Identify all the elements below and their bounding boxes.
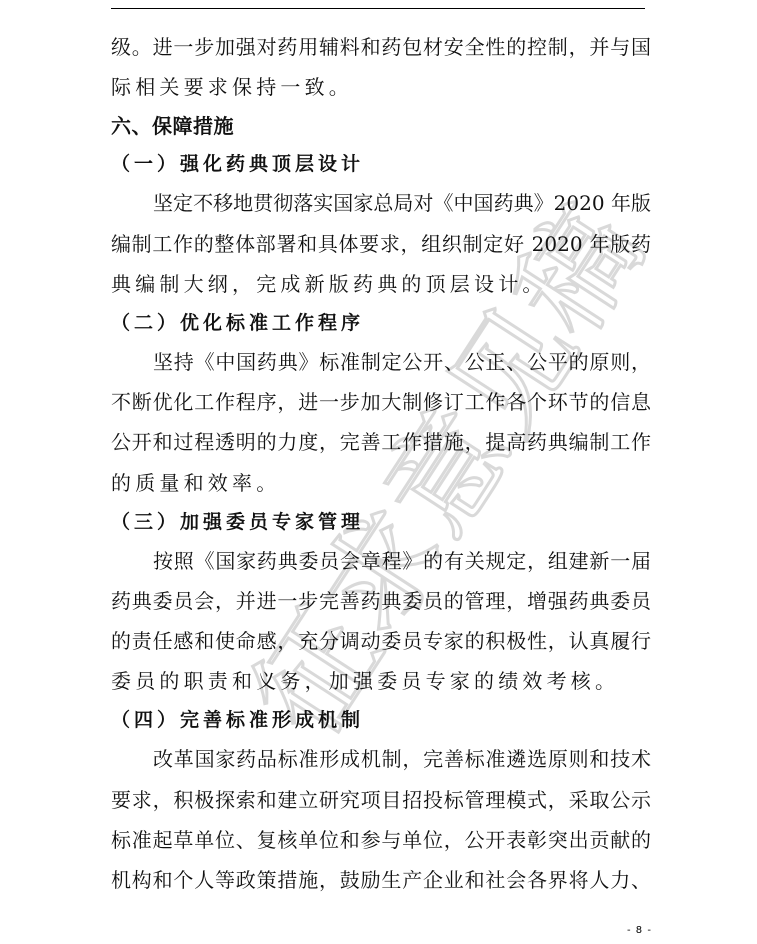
document-page: 征求意见稿 级。进一步加强对药用辅料和药包材安全性的控制，并与国 际相关要求保持… (0, 0, 757, 944)
subsection-heading: （一）强化药典顶层设计 (111, 145, 651, 183)
paragraph-line: 不断优化工作程序，进一步加大制修订工作各个环节的信息 (111, 382, 651, 422)
paragraph-line: 标准起草单位、复核单位和参与单位，公开表彰突出贡献的 (111, 820, 651, 860)
paragraph-line: 典编制大纲，完成新版药典的顶层设计。 (111, 264, 651, 304)
paragraph-line: 要求，积极探索和建立研究项目招投标管理模式，采取公示 (111, 780, 651, 820)
paragraph-line: 坚持《中国药典》标准制定公开、公正、公平的原则， (111, 342, 651, 382)
paragraph-line: 改革国家药品标准形成机制，完善标准遴选原则和技术 (111, 739, 651, 779)
subsection-heading: （四）完善标准形成机制 (111, 701, 651, 739)
paragraph-line: 公开和过程透明的力度，完善工作措施，提高药典编制工作 (111, 422, 651, 462)
paragraph-line: 药典委员会，并进一步完善药典委员的管理，增强药典委员 (111, 581, 651, 621)
paragraph-line: 际相关要求保持一致。 (111, 67, 651, 107)
page-body: 级。进一步加强对药用辅料和药包材安全性的控制，并与国 际相关要求保持一致。 六、… (111, 27, 651, 900)
paragraph-line: 级。进一步加强对药用辅料和药包材安全性的控制，并与国 (111, 27, 651, 67)
page-number: - 8 - (627, 925, 652, 936)
paragraph-line: 坚定不移地贯彻落实国家总局对《中国药典》2020 年版 (111, 183, 651, 223)
paragraph-line: 委员的职责和义务，加强委员专家的绩效考核。 (111, 661, 651, 701)
paragraph-line: 按照《国家药典委员会章程》的有关规定，组建新一届 (111, 541, 651, 581)
paragraph-line: 编制工作的整体部署和具体要求，组织制定好 2020 年版药 (111, 224, 651, 264)
header-rule (111, 8, 645, 9)
paragraph-line: 的责任感和使命感，充分调动委员专家的积极性，认真履行 (111, 621, 651, 661)
paragraph-line: 机构和个人等政策措施，鼓励生产企业和社会各界将人力、 (111, 860, 651, 900)
section-heading: 六、保障措施 (111, 107, 651, 145)
paragraph-line: 的质量和效率。 (111, 463, 651, 503)
subsection-heading: （三）加强委员专家管理 (111, 503, 651, 541)
subsection-heading: （二）优化标准工作程序 (111, 304, 651, 342)
